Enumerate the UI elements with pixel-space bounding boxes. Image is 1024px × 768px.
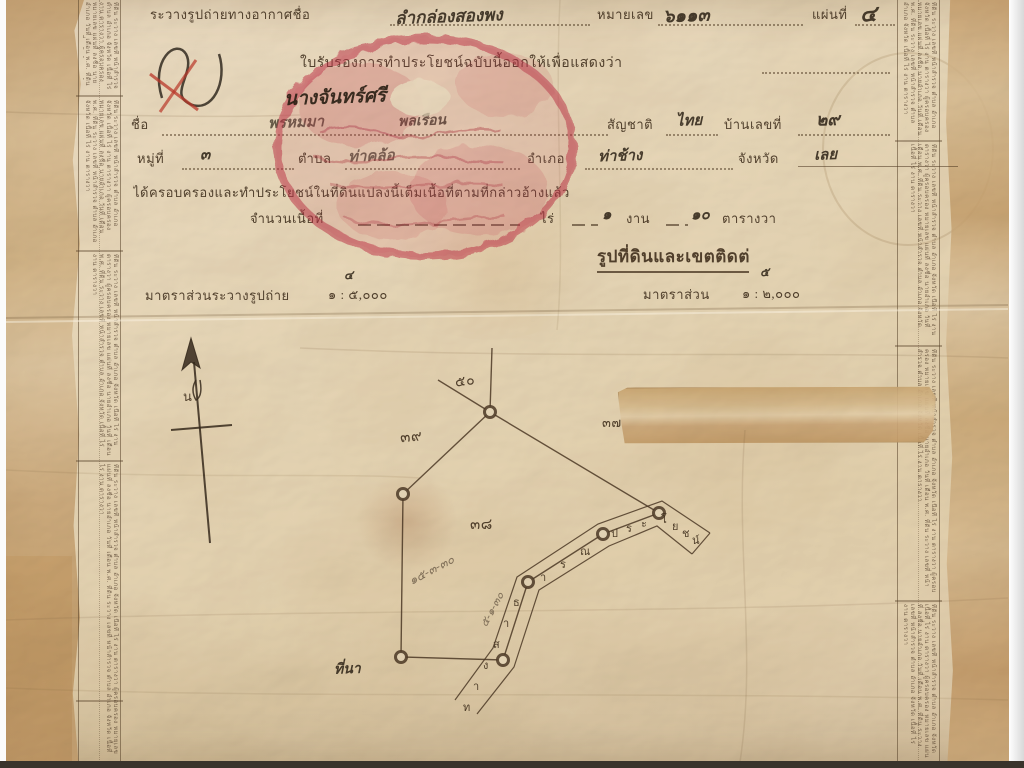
road-letter: ร: [626, 519, 639, 537]
map-section-heading: รูปที่ดินและเขตติดต่อ: [597, 243, 749, 273]
owner-title-label: ชื่อ: [131, 114, 159, 135]
road-letter: ะ: [641, 514, 654, 532]
wa-value-handwritten: ๑๐: [691, 201, 722, 226]
land-use-label: ที่นา: [334, 657, 377, 680]
dotted-line: [390, 22, 590, 26]
dotted-line: [855, 22, 895, 26]
house-number-value: ๒๙: [816, 105, 851, 133]
dotted-line: [658, 22, 803, 26]
photo-scale-label: มาตราส่วนระวางรูปถ่าย: [145, 285, 323, 306]
road-letter: ร: [560, 555, 573, 573]
owner-name-handwritten: นางจันทร์ศรี: [284, 80, 399, 114]
dash-line: [358, 224, 520, 226]
road-letter: ง: [483, 656, 496, 674]
sheet-number-handwritten: ๔: [859, 0, 886, 31]
road-letter: า: [503, 614, 516, 632]
dotted-line: [666, 132, 718, 136]
dotted-line: [182, 166, 294, 170]
map-scale-value: ๑ : ๒,๐๐๐: [742, 283, 810, 304]
wa-label: ตารางวา: [722, 208, 794, 229]
road-letter: ส: [493, 635, 506, 653]
nationality-value: ไทย: [676, 107, 719, 132]
tambon-label: ตำบล: [298, 148, 340, 169]
side-length-mid: ๓๘: [470, 512, 498, 536]
number-label: หมายเลข: [597, 4, 659, 25]
changwat-value: เลย: [814, 141, 861, 167]
scanned-land-deed: ที่ดิน ระวาง เลขที่ หน้าสำรวจ ตำบล อำเภอ…: [0, 0, 1024, 768]
dotted-line: [798, 132, 890, 136]
rai-label: ไร่: [540, 208, 568, 229]
road-letter: ณ: [580, 542, 593, 560]
road-letter: น์: [692, 531, 705, 549]
road-letter: า: [473, 677, 486, 695]
map-scale-label: มาตราส่วน: [643, 284, 737, 305]
changwat-label: จังหวัด: [738, 148, 794, 169]
ruled-line: [798, 166, 958, 167]
north-letter: น: [183, 386, 199, 407]
side-length-top: ๕๐: [454, 368, 483, 393]
nationality-label: สัญชาติ: [607, 114, 665, 135]
side-length-right: ๓๗: [602, 412, 628, 433]
scan-edge-right: [1009, 0, 1024, 768]
area-label: จำนวนเนื้อที่: [250, 208, 354, 229]
road-letter: ท: [463, 698, 476, 716]
amphoe-value: ท่าช้าง: [598, 142, 679, 169]
ngan-value-handwritten: ๑: [602, 202, 621, 227]
house-number-label: บ้านเลขที่: [724, 114, 796, 135]
dotted-line: [762, 70, 890, 74]
dotted-line: [162, 132, 608, 136]
sheet-label: แผ่นที่: [812, 4, 860, 25]
photo-scale-correction: ๔: [344, 266, 361, 286]
moo-value: ๓: [200, 142, 221, 167]
moo-label: หมู่ที่: [137, 148, 177, 169]
possession-statement: ได้ครอบครองและทำประโยชน์ในที่ดินแปลงนี้เ…: [133, 182, 663, 203]
side-length-left: ๓๙: [399, 423, 429, 449]
ngan-label: งาน: [626, 208, 662, 229]
dash-line: [572, 224, 598, 226]
dotted-line: [345, 166, 520, 170]
road-letter: ป: [611, 524, 624, 542]
map-scale-correction: ๕: [760, 263, 777, 283]
scan-edge-bottom: [0, 761, 1024, 768]
tambon-value: ท่าคล้อ: [348, 141, 441, 168]
dotted-line: [585, 166, 733, 170]
dash-line: [666, 224, 688, 226]
amphoe-label: อำเภอ: [527, 148, 579, 169]
road-letter: ธ: [513, 593, 526, 611]
photo-scale-value: ๑ : ๕,๐๐๐: [328, 284, 394, 305]
road-letter: า: [540, 568, 553, 586]
owner-surname-handwritten: พลเรือน: [398, 109, 449, 133]
map-sheet-prefix: ระวางรูปถ่ายทางอากาศชื่อ: [150, 4, 390, 25]
certificate-statement: ใบรับรองการทำประโยชน์ฉบับนี้ออกให้เพื่อแ…: [300, 52, 765, 74]
